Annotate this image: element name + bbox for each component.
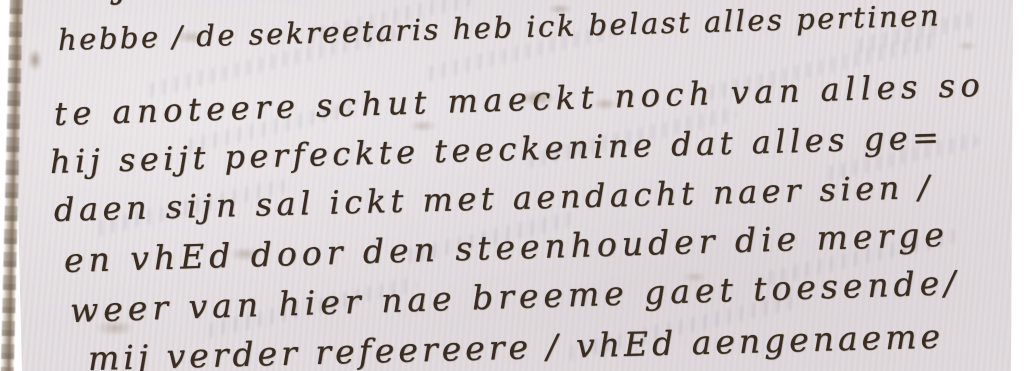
ink-smudge [955, 40, 979, 52]
manuscript-line: aj been de [90, 0, 329, 4]
manuscript-scan: aj been de hebbe / de sekreetaris heb ic… [0, 0, 1024, 371]
ink-smudge [26, 46, 44, 74]
manuscript-line: daen sijn sal ickt met aendacht naer sie… [54, 171, 934, 226]
manuscript-page: aj been de hebbe / de sekreetaris heb ic… [0, 0, 1024, 371]
manuscript-line: hebbe / de sekreetaris heb ick belast al… [58, 1, 942, 55]
manuscript-line: hij seijt perfeckte teeckenine dat alles… [50, 121, 944, 178]
